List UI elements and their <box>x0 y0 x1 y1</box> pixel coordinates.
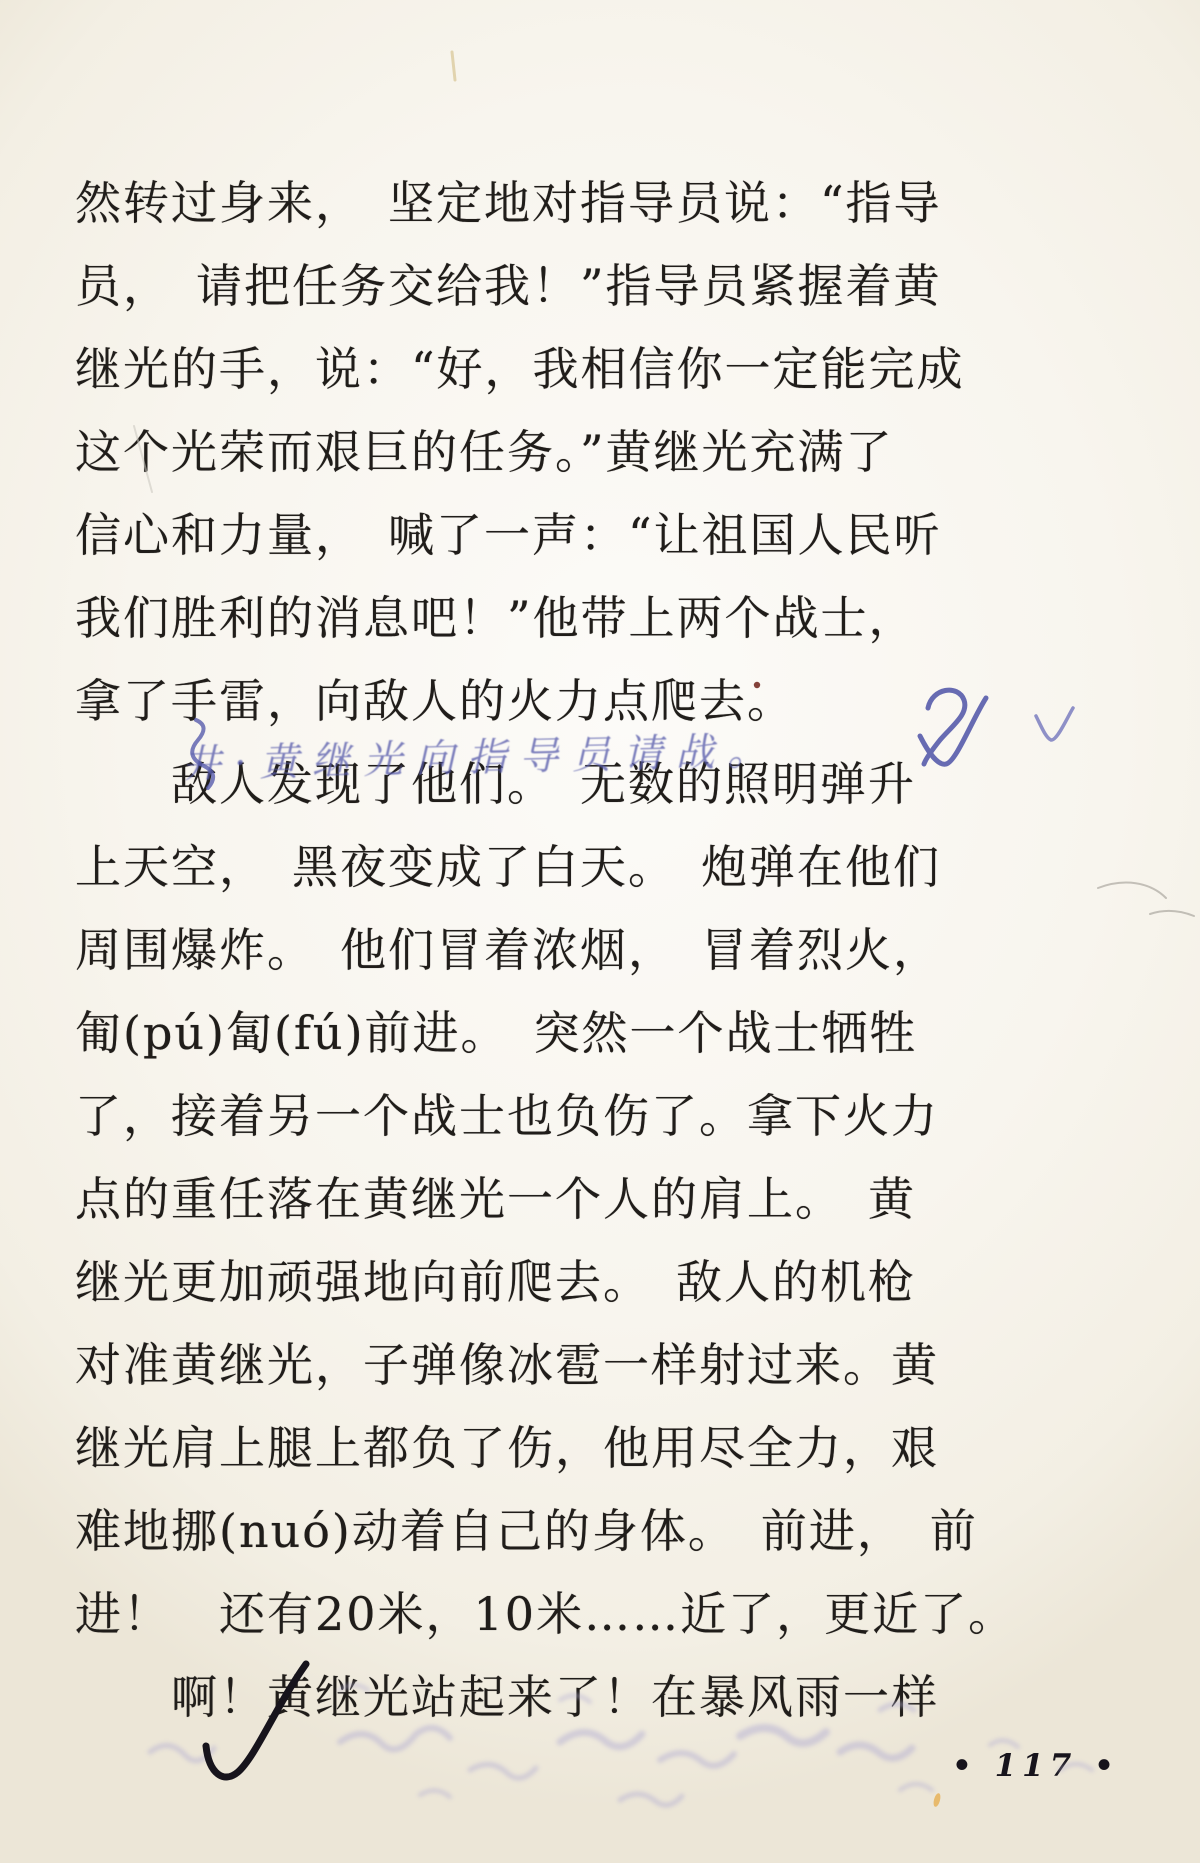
text-line: 然转过身来， 坚定地对指导员说：“指导 <box>75 162 955 245</box>
text-line: 进！ 还有20米，10米……近了，更近了。 <box>75 1573 955 1656</box>
text-line: 信心和力量， 喊了一声：“让祖国人民听 <box>75 494 955 577</box>
scanned-page: 然转过身来， 坚定地对指导员说：“指导员， 请把任务交给我！”指导员紧握着黄继光… <box>0 0 1200 1863</box>
small-check-icon <box>1036 708 1073 740</box>
page-number: • 117 • <box>952 1748 1120 1784</box>
text-body: 然转过身来， 坚定地对指导员说：“指导员， 请把任务交给我！”指导员紧握着黄继光… <box>75 162 955 1739</box>
text-line: 继光肩上腿上都负了伤，他用尽全力，艰 <box>75 1407 955 1490</box>
text-line: 对准黄继光，子弹像冰雹一样射过来。黄 <box>75 1324 955 1407</box>
text-line: 这个光荣而艰巨的任务。”黄继光充满了 <box>75 411 955 494</box>
text-line: 匍(pú)匐(fú)前进。 突然一个战士牺牲 <box>75 992 955 1075</box>
pencil-scratch <box>1098 883 1194 916</box>
text-line: 我们胜利的消息吧！”他带上两个战士， <box>75 577 955 660</box>
scratch-top <box>452 52 455 80</box>
text-line: 继光更加顽强地向前爬去。 敌人的机枪 <box>75 1241 955 1324</box>
text-line: 了，接着另一个战士也负伤了。拿下火力 <box>75 1075 955 1158</box>
text-line: 上天空， 黑夜变成了白天。 炮弹在他们 <box>75 826 955 909</box>
text-line: 继光的手，说：“好，我相信你一定能完成 <box>75 328 955 411</box>
text-line: 难地挪(nuó)动着自己的身体。 前进， 前 <box>75 1490 955 1573</box>
text-line: 员， 请把任务交给我！”指导员紧握着黄 <box>75 245 955 328</box>
paper-fleck <box>932 1792 941 1807</box>
text-line: 啊！黄继光站起来了！在暴风雨一样 <box>75 1656 955 1739</box>
text-line: 点的重任落在黄继光一个人的肩上。 黄 <box>75 1158 955 1241</box>
text-line: 周围爆炸。 他们冒着浓烟， 冒着烈火， <box>75 909 955 992</box>
